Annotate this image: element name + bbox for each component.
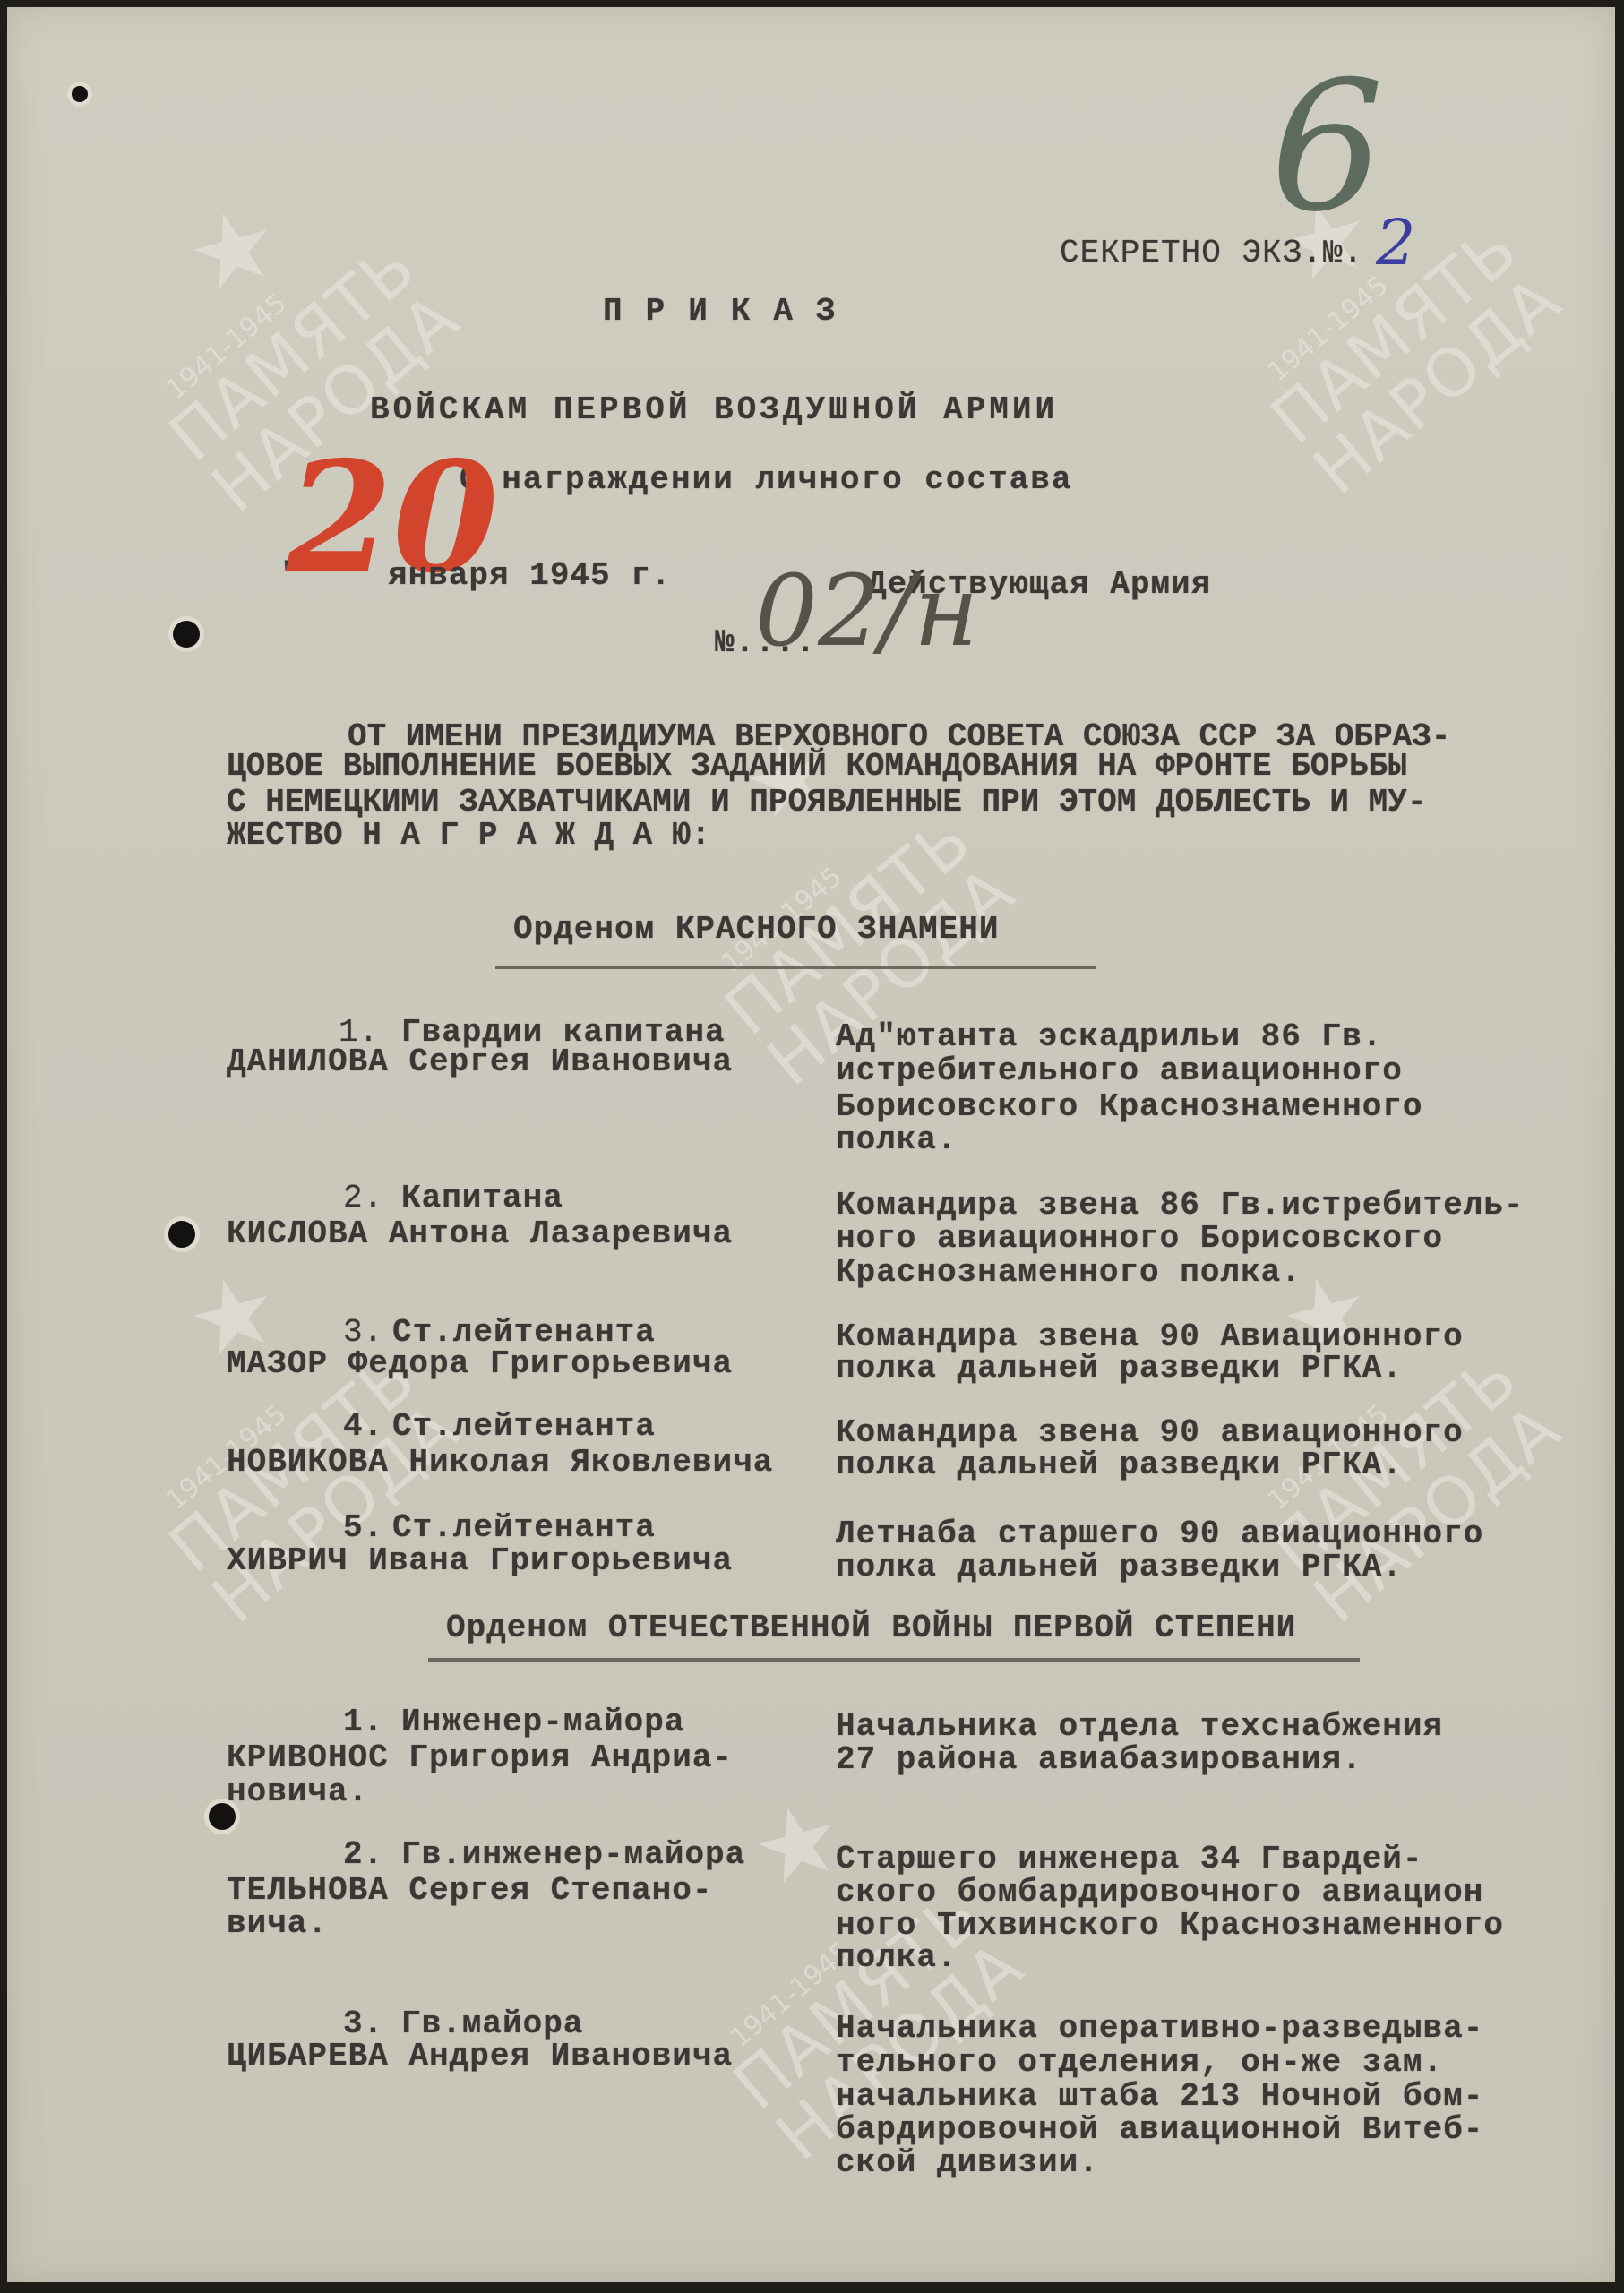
awardee-position: бардировочной авиационной Витеб- [836, 2112, 1483, 2148]
awardee-position: тельного отделения, он-же зам. [836, 2045, 1443, 2081]
awardee-rank: Капитана [401, 1181, 563, 1216]
awardee-position: 27 района авиабазирования. [836, 1742, 1362, 1778]
awardee-position: полка. [836, 1122, 958, 1158]
hole-punch [173, 621, 200, 648]
awardee-name: вича. [227, 1906, 328, 1942]
awardee-position: Начальника отдела техснабжения [836, 1709, 1443, 1745]
awardee-position: полка. [836, 1940, 958, 1976]
awardee-position: Борисовского Краснознаменного [836, 1089, 1423, 1125]
awardee-position: Командира звена 86 Гв.истребитель- [836, 1188, 1525, 1224]
order-title: ПРИКАЗ [603, 294, 859, 330]
awardee-position: истребительного авиационного [836, 1053, 1403, 1089]
awardee-position: ского бомбардировочного авиацион [836, 1875, 1483, 1911]
awardee-rank: Инженер-майора [401, 1705, 684, 1740]
awardee-rank: Ст.лейтенанта [392, 1409, 656, 1445]
awardee-position: Начальника оперативно-разведыва- [836, 2011, 1483, 2047]
awardee-position: ного Тихвинского Краснознаменного [836, 1908, 1504, 1944]
preamble-line: С НЕМЕЦКИМИ ЗАХВАТЧИКАМИ И ПРОЯВЛЕННЫЕ П… [227, 785, 1426, 820]
star-icon: ★ [177, 190, 288, 308]
document-page: 1941-1945 ПАМЯТЬ НАРОДА 1941-1945 ПАМЯТЬ… [7, 7, 1615, 2282]
awardee-name: новича. [227, 1774, 368, 1810]
section-heading: Орденом ОТЕЧЕСТВЕННОЙ ВОЙНЫ ПЕРВОЙ СТЕПЕ… [446, 1610, 1296, 1646]
copy-number-handwritten: 2 [1376, 206, 1416, 279]
awardee-position: Краснознаменного полка. [836, 1255, 1302, 1291]
awardee-position: Летнаба старшего 90 авиационного [836, 1516, 1483, 1552]
awardee-position: Командира звена 90 авиационного [836, 1415, 1464, 1451]
awardee-number: 1. [343, 1705, 383, 1740]
awardee-number: 5. [343, 1510, 383, 1546]
awardee-name: КРИВОНОС Григория Андриа- [227, 1740, 733, 1776]
awardee-position: Старшего инженера 34 Гвардей- [836, 1842, 1423, 1877]
awardee-number: 3. [343, 2006, 383, 2042]
addressee: ВОЙСКАМ ПЕРВОЙ ВОЗДУШНОЙ АРМИИ [370, 392, 1058, 428]
awardee-position: полка дальней разведки РГКА. [836, 1447, 1403, 1483]
awardee-number: 2. [343, 1181, 383, 1216]
awardee-rank: Гв.майора [401, 2006, 583, 2042]
date-rest: января 1945 г. [388, 558, 671, 594]
classification-stamp: СЕКРЕТНО ЭКЗ.№. [1060, 236, 1363, 271]
awardee-name: ТЕЛЬНОВА Сергея Степано- [227, 1873, 712, 1909]
awardee-name: ДАНИЛОВА Сергея Ивановича [227, 1044, 733, 1080]
awardee-position: начальника штаба 213 Ночной бом- [836, 2079, 1483, 2115]
preamble-line: ЖЕСТВО Н А Г Р А Ж Д А Ю: [227, 818, 710, 854]
awardee-number: 2. [343, 1837, 383, 1873]
awardee-rank: Гв.инженер-майора [401, 1837, 745, 1873]
section-heading: Орденом КРАСНОГО ЗНАМЕНИ [513, 912, 999, 948]
hole-punch [168, 1221, 195, 1248]
awardee-position: полка дальней разведки РГКА. [836, 1351, 1403, 1387]
section-underline [428, 1658, 1360, 1662]
order-number-handwritten: 02/н [755, 554, 979, 668]
subject: О награждении личного состава [460, 462, 1073, 498]
awardee-number: 4. [343, 1409, 383, 1445]
awardee-position: Ад"ютанта эскадрильи 86 Гв. [836, 1019, 1382, 1055]
awardee-name: ХИВРИЧ Ивана Григорьевича [227, 1543, 733, 1579]
awardee-position: полка дальней разведки РГКА. [836, 1550, 1403, 1585]
preamble-line: ЦОВОЕ ВЫПОЛНЕНИЕ БОЕВЫХ ЗАДАНИЙ КОМАНДОВ… [227, 749, 1407, 785]
awardee-rank: Ст.лейтенанта [392, 1510, 656, 1546]
awardee-name: КИСЛОВА Антона Лазаревича [227, 1216, 733, 1252]
awardee-name: НОВИКОВА Николая Яковлевича [227, 1445, 773, 1481]
sheet-number-handwritten: 6 [1270, 43, 1384, 252]
awardee-position: ской дивизии. [836, 2145, 1099, 2181]
awardee-name: МАЗОР Федора Григорьевича [227, 1346, 733, 1382]
awardee-position: ного авиационного Борисовского [836, 1221, 1443, 1257]
awardee-name: ЦИБАРЕВА Андрея Ивановича [227, 2039, 733, 2074]
hole-punch [72, 86, 88, 102]
section-underline [495, 966, 1096, 969]
